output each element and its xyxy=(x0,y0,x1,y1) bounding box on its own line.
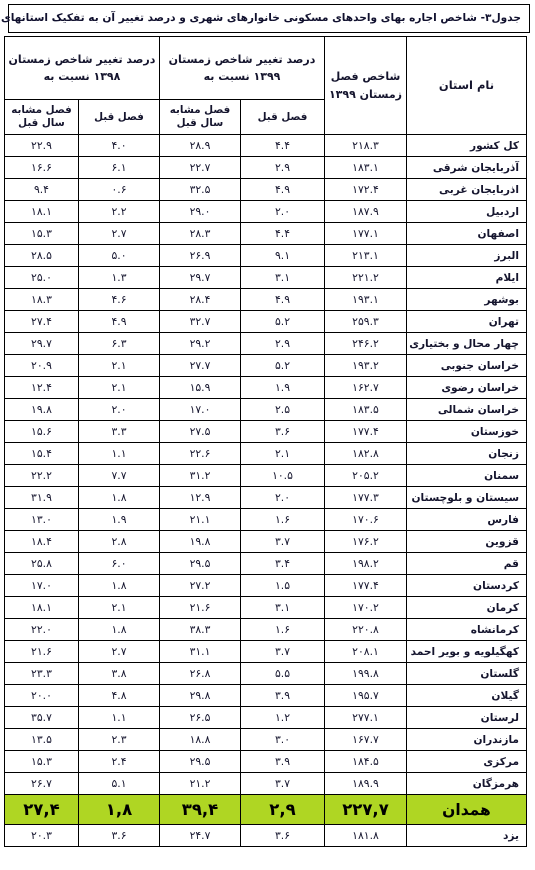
header-1399-prev-quarter: فصل قبل xyxy=(241,100,325,135)
index-winter-1399-cell: ۱۷۷.۴ xyxy=(325,421,407,443)
change-1399-prev-quarter-cell: ۱.۵ xyxy=(241,575,325,597)
province-name-cell: لرستان xyxy=(407,707,527,729)
change-1399-prev-quarter-cell: ۲.۵ xyxy=(241,399,325,421)
index-winter-1399-cell: ۱۷۲.۴ xyxy=(325,179,407,201)
change-1399-prev-quarter-cell: ۵.۲ xyxy=(241,355,325,377)
change-1398-same-quarter-prev-year-cell: ۱۳.۰ xyxy=(4,509,78,531)
table-row: تهران۲۵۹.۳۵.۲۳۲.۷۴.۹۲۷.۴ xyxy=(4,311,526,333)
change-1398-prev-quarter-cell: ۳.۳ xyxy=(78,421,159,443)
change-1399-prev-quarter-cell: ۵.۲ xyxy=(241,311,325,333)
change-1399-prev-quarter-cell: ۳.۷ xyxy=(241,773,325,795)
change-1398-same-quarter-prev-year-cell: ۲۱.۶ xyxy=(4,641,78,663)
change-1399-same-quarter-prev-year-cell: ۲۷.۲ xyxy=(159,575,240,597)
table-row: خوزستان۱۷۷.۴۳.۶۲۷.۵۳.۳۱۵.۶ xyxy=(4,421,526,443)
change-1399-prev-quarter-cell: ۲.۰ xyxy=(241,487,325,509)
change-1399-prev-quarter-cell: ۳.۹ xyxy=(241,685,325,707)
change-1399-prev-quarter-cell: ۲.۱ xyxy=(241,443,325,465)
index-winter-1399-cell: ۱۸۳.۱ xyxy=(325,157,407,179)
change-1399-same-quarter-prev-year-cell: ۲۸.۹ xyxy=(159,135,240,157)
index-winter-1399-cell: ۱۷۷.۴ xyxy=(325,575,407,597)
index-winter-1399-cell: ۱۹۸.۲ xyxy=(325,553,407,575)
change-1399-same-quarter-prev-year-cell: ۳۹,۴ xyxy=(159,795,240,825)
table-row: اردبیل۱۸۷.۹۲.۰۲۹.۰۲.۲۱۸.۱ xyxy=(4,201,526,223)
change-1398-prev-quarter-cell: ۵.۰ xyxy=(78,245,159,267)
change-1398-same-quarter-prev-year-cell: ۱۳.۵ xyxy=(4,729,78,751)
province-name-cell: خوزستان xyxy=(407,421,527,443)
province-name-cell: یزد xyxy=(407,825,527,847)
table-row: کهگیلویه و بویر احمد۲۰۸.۱۳.۷۳۱.۱۲.۷۲۱.۶ xyxy=(4,641,526,663)
change-1398-prev-quarter-cell: ۳.۸ xyxy=(78,663,159,685)
index-winter-1399-cell: ۲۱۸.۳ xyxy=(325,135,407,157)
change-1399-same-quarter-prev-year-cell: ۲۹.۰ xyxy=(159,201,240,223)
change-1399-prev-quarter-cell: ۲.۹ xyxy=(241,333,325,355)
change-1398-prev-quarter-cell: ۰.۶ xyxy=(78,179,159,201)
change-1398-prev-quarter-cell: ۱.۸ xyxy=(78,619,159,641)
change-1398-same-quarter-prev-year-cell: ۲۶.۷ xyxy=(4,773,78,795)
change-1398-prev-quarter-cell: ۲.۱ xyxy=(78,597,159,619)
table-row: سیستان و بلوچستان۱۷۷.۳۲.۰۱۲.۹۱.۸۳۱.۹ xyxy=(4,487,526,509)
index-winter-1399-cell: ۱۹۳.۲ xyxy=(325,355,407,377)
rent-index-table: نام استان شاخص فصل زمستان ۱۳۹۹ درصد تغیی… xyxy=(4,36,527,847)
change-1399-prev-quarter-cell: ۳.۰ xyxy=(241,729,325,751)
change-1399-prev-quarter-cell: ۴.۴ xyxy=(241,135,325,157)
change-1399-same-quarter-prev-year-cell: ۳۲.۷ xyxy=(159,311,240,333)
change-1399-same-quarter-prev-year-cell: ۲۷.۵ xyxy=(159,421,240,443)
change-1399-prev-quarter-cell: ۴.۴ xyxy=(241,223,325,245)
table-row: مرکزی۱۸۴.۵۳.۹۲۹.۵۲.۴۱۵.۳ xyxy=(4,751,526,773)
change-1399-same-quarter-prev-year-cell: ۲۸.۴ xyxy=(159,289,240,311)
change-1398-prev-quarter-cell: ۱.۸ xyxy=(78,487,159,509)
change-1399-same-quarter-prev-year-cell: ۳۱.۱ xyxy=(159,641,240,663)
change-1398-same-quarter-prev-year-cell: ۳۱.۹ xyxy=(4,487,78,509)
change-1398-same-quarter-prev-year-cell: ۲۳.۳ xyxy=(4,663,78,685)
province-name-cell: کرمانشاه xyxy=(407,619,527,641)
change-1398-same-quarter-prev-year-cell: ۱۶.۶ xyxy=(4,157,78,179)
index-winter-1399-cell: ۱۷۷.۳ xyxy=(325,487,407,509)
table-row: البرز۲۱۳.۱۹.۱۲۶.۹۵.۰۲۸.۵ xyxy=(4,245,526,267)
header-group-change-1398: درصد تغییر شاخص زمستان ۱۳۹۸ نسبت به xyxy=(4,37,159,100)
change-1399-prev-quarter-cell: ۳.۶ xyxy=(241,421,325,443)
change-1398-prev-quarter-cell: ۲.۴ xyxy=(78,751,159,773)
table-row: کل کشور۲۱۸.۳۴.۴۲۸.۹۴.۰۲۲.۹ xyxy=(4,135,526,157)
table-row: مازندران۱۶۷.۷۳.۰۱۸.۸۲.۳۱۳.۵ xyxy=(4,729,526,751)
table-row: خراسان رضوی۱۶۲.۷۱.۹۱۵.۹۲.۱۱۲.۴ xyxy=(4,377,526,399)
change-1398-same-quarter-prev-year-cell: ۲۷,۴ xyxy=(4,795,78,825)
header-1398-same-quarter-prev-year: فصل مشابه سال قبل xyxy=(4,100,78,135)
province-name-cell: آذربایجان شرقی xyxy=(407,157,527,179)
change-1398-prev-quarter-cell: ۷.۷ xyxy=(78,465,159,487)
change-1398-same-quarter-prev-year-cell: ۲۸.۵ xyxy=(4,245,78,267)
change-1398-prev-quarter-cell: ۱.۱ xyxy=(78,707,159,729)
table-row: سمنان۲۰۵.۲۱۰.۵۳۱.۲۷.۷۲۲.۲ xyxy=(4,465,526,487)
change-1399-same-quarter-prev-year-cell: ۱۲.۹ xyxy=(159,487,240,509)
province-name-cell: مرکزی xyxy=(407,751,527,773)
change-1399-same-quarter-prev-year-cell: ۲۲.۷ xyxy=(159,157,240,179)
province-name-cell: اصفهان xyxy=(407,223,527,245)
change-1399-same-quarter-prev-year-cell: ۳۱.۲ xyxy=(159,465,240,487)
province-name-cell: خراسان جنوبی xyxy=(407,355,527,377)
change-1399-prev-quarter-cell: ۱.۶ xyxy=(241,509,325,531)
change-1399-same-quarter-prev-year-cell: ۲۱.۱ xyxy=(159,509,240,531)
index-winter-1399-cell: ۱۷۶.۲ xyxy=(325,531,407,553)
table-row-highlighted: همدان۲۲۷,۷۲,۹۳۹,۴۱,۸۲۷,۴ xyxy=(4,795,526,825)
table-row: خراسان شمالی۱۸۳.۵۲.۵۱۷.۰۲.۰۱۹.۸ xyxy=(4,399,526,421)
table-row: لرستان۲۷۷.۱۱.۲۲۶.۵۱.۱۳۵.۷ xyxy=(4,707,526,729)
change-1398-prev-quarter-cell: ۲.۱ xyxy=(78,377,159,399)
table-row: قزوین۱۷۶.۲۳.۷۱۹.۸۲.۸۱۸.۴ xyxy=(4,531,526,553)
change-1399-same-quarter-prev-year-cell: ۲۱.۲ xyxy=(159,773,240,795)
change-1398-prev-quarter-cell: ۴.۹ xyxy=(78,311,159,333)
change-1399-prev-quarter-cell: ۲.۹ xyxy=(241,157,325,179)
index-winter-1399-cell: ۲۰۸.۱ xyxy=(325,641,407,663)
index-winter-1399-cell: ۱۸۲.۸ xyxy=(325,443,407,465)
table-row: خراسان جنوبی۱۹۳.۲۵.۲۲۷.۷۲.۱۲۰.۹ xyxy=(4,355,526,377)
index-winter-1399-cell: ۲۴۶.۲ xyxy=(325,333,407,355)
change-1399-prev-quarter-cell: ۲.۰ xyxy=(241,201,325,223)
change-1398-same-quarter-prev-year-cell: ۲۷.۴ xyxy=(4,311,78,333)
change-1398-same-quarter-prev-year-cell: ۲۲.۰ xyxy=(4,619,78,641)
province-name-cell: تهران xyxy=(407,311,527,333)
document-page: جدول۳- شاخص اجاره بهای واحدهای مسکونی خا… xyxy=(0,0,535,870)
table-row: گیلان۱۹۵.۷۳.۹۲۹.۸۴.۸۲۰.۰ xyxy=(4,685,526,707)
change-1398-prev-quarter-cell: ۲.۰ xyxy=(78,399,159,421)
change-1398-same-quarter-prev-year-cell: ۱۵.۶ xyxy=(4,421,78,443)
header-group-change-1399: درصد تغییر شاخص زمستان ۱۳۹۹ نسبت به xyxy=(159,37,324,100)
table-title: جدول۳- شاخص اجاره بهای واحدهای مسکونی خا… xyxy=(8,4,530,33)
change-1399-same-quarter-prev-year-cell: ۲۴.۷ xyxy=(159,825,240,847)
index-winter-1399-cell: ۱۸۹.۹ xyxy=(325,773,407,795)
index-winter-1399-cell: ۱۸۱.۸ xyxy=(325,825,407,847)
province-name-cell: کل کشور xyxy=(407,135,527,157)
index-winter-1399-cell: ۲۷۷.۱ xyxy=(325,707,407,729)
table-row: زنجان۱۸۲.۸۲.۱۲۲.۶۱.۱۱۵.۴ xyxy=(4,443,526,465)
change-1399-prev-quarter-cell: ۳.۱ xyxy=(241,267,325,289)
table-row: چهار محال و بختیاری۲۴۶.۲۲.۹۲۹.۲۶.۳۲۹.۷ xyxy=(4,333,526,355)
change-1399-same-quarter-prev-year-cell: ۱۷.۰ xyxy=(159,399,240,421)
index-winter-1399-cell: ۱۶۲.۷ xyxy=(325,377,407,399)
province-name-cell: سمنان xyxy=(407,465,527,487)
change-1399-same-quarter-prev-year-cell: ۲۲.۶ xyxy=(159,443,240,465)
change-1399-same-quarter-prev-year-cell: ۲۶.۵ xyxy=(159,707,240,729)
change-1399-same-quarter-prev-year-cell: ۲۸.۳ xyxy=(159,223,240,245)
province-name-cell: زنجان xyxy=(407,443,527,465)
table-header: نام استان شاخص فصل زمستان ۱۳۹۹ درصد تغیی… xyxy=(4,37,526,135)
province-name-cell: مازندران xyxy=(407,729,527,751)
table-row: هرمزگان۱۸۹.۹۳.۷۲۱.۲۵.۱۲۶.۷ xyxy=(4,773,526,795)
change-1399-same-quarter-prev-year-cell: ۱۹.۸ xyxy=(159,531,240,553)
table-row: اذربایجان غربی۱۷۲.۴۴.۹۳۲.۵۰.۶۹.۴ xyxy=(4,179,526,201)
header-1398-prev-quarter: فصل قبل xyxy=(78,100,159,135)
province-name-cell: خراسان شمالی xyxy=(407,399,527,421)
change-1398-same-quarter-prev-year-cell: ۲۰.۳ xyxy=(4,825,78,847)
change-1398-prev-quarter-cell: ۲.۷ xyxy=(78,641,159,663)
change-1399-prev-quarter-cell: ۳.۹ xyxy=(241,751,325,773)
change-1399-prev-quarter-cell: ۳.۷ xyxy=(241,531,325,553)
table-row: فارس۱۷۰.۶۱.۶۲۱.۱۱.۹۱۳.۰ xyxy=(4,509,526,531)
change-1399-prev-quarter-cell: ۴.۹ xyxy=(241,289,325,311)
header-index-winter-1399: شاخص فصل زمستان ۱۳۹۹ xyxy=(325,37,407,135)
table-row: بوشهر۱۹۳.۱۴.۹۲۸.۴۴.۶۱۸.۳ xyxy=(4,289,526,311)
change-1399-prev-quarter-cell: ۱.۹ xyxy=(241,377,325,399)
change-1398-prev-quarter-cell: ۲.۸ xyxy=(78,531,159,553)
change-1398-same-quarter-prev-year-cell: ۲۰.۰ xyxy=(4,685,78,707)
province-name-cell: البرز xyxy=(407,245,527,267)
index-winter-1399-cell: ۱۸۴.۵ xyxy=(325,751,407,773)
index-winter-1399-cell: ۱۶۷.۷ xyxy=(325,729,407,751)
index-winter-1399-cell: ۱۷۰.۲ xyxy=(325,597,407,619)
change-1398-prev-quarter-cell: ۱.۸ xyxy=(78,575,159,597)
table-row: آذربایجان شرقی۱۸۳.۱۲.۹۲۲.۷۶.۱۱۶.۶ xyxy=(4,157,526,179)
change-1399-prev-quarter-cell: ۳.۷ xyxy=(241,641,325,663)
province-name-cell: هرمزگان xyxy=(407,773,527,795)
change-1399-same-quarter-prev-year-cell: ۳۸.۳ xyxy=(159,619,240,641)
province-name-cell: گلستان xyxy=(407,663,527,685)
change-1399-same-quarter-prev-year-cell: ۲۹.۸ xyxy=(159,685,240,707)
change-1398-same-quarter-prev-year-cell: ۱۸.۱ xyxy=(4,597,78,619)
change-1398-prev-quarter-cell: ۶.۱ xyxy=(78,157,159,179)
change-1399-prev-quarter-cell: ۳.۱ xyxy=(241,597,325,619)
index-winter-1399-cell: ۲۲۱.۲ xyxy=(325,267,407,289)
change-1398-prev-quarter-cell: ۳.۶ xyxy=(78,825,159,847)
table-row: گلستان۱۹۹.۸۵.۵۲۶.۸۳.۸۲۳.۳ xyxy=(4,663,526,685)
province-name-cell: فارس xyxy=(407,509,527,531)
change-1398-prev-quarter-cell: ۴.۸ xyxy=(78,685,159,707)
table-title-text: جدول۳- شاخص اجاره بهای واحدهای مسکونی خا… xyxy=(0,12,521,24)
province-name-cell: خراسان رضوی xyxy=(407,377,527,399)
change-1398-same-quarter-prev-year-cell: ۲۲.۹ xyxy=(4,135,78,157)
province-name-cell: کردستان xyxy=(407,575,527,597)
change-1398-prev-quarter-cell: ۲.۷ xyxy=(78,223,159,245)
province-name-cell: اذربایجان غربی xyxy=(407,179,527,201)
table-row: کرمانشاه۲۲۰.۸۱.۶۳۸.۳۱.۸۲۲.۰ xyxy=(4,619,526,641)
change-1398-prev-quarter-cell: ۶.۳ xyxy=(78,333,159,355)
index-winter-1399-cell: ۲۱۳.۱ xyxy=(325,245,407,267)
change-1398-prev-quarter-cell: ۱.۳ xyxy=(78,267,159,289)
table-row: ایلام۲۲۱.۲۳.۱۲۹.۷۱.۳۲۵.۰ xyxy=(4,267,526,289)
change-1399-prev-quarter-cell: ۱.۲ xyxy=(241,707,325,729)
table-row: قم۱۹۸.۲۳.۴۲۹.۵۶.۰۲۵.۸ xyxy=(4,553,526,575)
change-1399-same-quarter-prev-year-cell: ۲۹.۵ xyxy=(159,553,240,575)
change-1399-same-quarter-prev-year-cell: ۲۹.۵ xyxy=(159,751,240,773)
change-1399-prev-quarter-cell: ۳.۶ xyxy=(241,825,325,847)
change-1398-same-quarter-prev-year-cell: ۱۵.۳ xyxy=(4,751,78,773)
index-winter-1399-cell: ۲۲۷,۷ xyxy=(325,795,407,825)
change-1399-prev-quarter-cell: ۴.۹ xyxy=(241,179,325,201)
change-1398-same-quarter-prev-year-cell: ۱۵.۴ xyxy=(4,443,78,465)
index-winter-1399-cell: ۱۹۵.۷ xyxy=(325,685,407,707)
change-1398-same-quarter-prev-year-cell: ۲۵.۰ xyxy=(4,267,78,289)
province-name-cell: همدان xyxy=(407,795,527,825)
change-1399-prev-quarter-cell: ۳.۴ xyxy=(241,553,325,575)
index-winter-1399-cell: ۱۷۰.۶ xyxy=(325,509,407,531)
table-row: یزد۱۸۱.۸۳.۶۲۴.۷۳.۶۲۰.۳ xyxy=(4,825,526,847)
change-1399-same-quarter-prev-year-cell: ۱۵.۹ xyxy=(159,377,240,399)
change-1399-same-quarter-prev-year-cell: ۲۶.۹ xyxy=(159,245,240,267)
change-1398-same-quarter-prev-year-cell: ۳۵.۷ xyxy=(4,707,78,729)
change-1399-same-quarter-prev-year-cell: ۲۷.۷ xyxy=(159,355,240,377)
change-1399-same-quarter-prev-year-cell: ۲۱.۶ xyxy=(159,597,240,619)
change-1398-same-quarter-prev-year-cell: ۲۹.۷ xyxy=(4,333,78,355)
province-name-cell: گیلان xyxy=(407,685,527,707)
province-name-cell: اردبیل xyxy=(407,201,527,223)
index-winter-1399-cell: ۱۸۳.۵ xyxy=(325,399,407,421)
change-1399-prev-quarter-cell: ۵.۵ xyxy=(241,663,325,685)
change-1398-prev-quarter-cell: ۴.۰ xyxy=(78,135,159,157)
table-row: کردستان۱۷۷.۴۱.۵۲۷.۲۱.۸۱۷.۰ xyxy=(4,575,526,597)
change-1399-same-quarter-prev-year-cell: ۲۶.۸ xyxy=(159,663,240,685)
change-1398-same-quarter-prev-year-cell: ۱۸.۱ xyxy=(4,201,78,223)
change-1398-same-quarter-prev-year-cell: ۹.۴ xyxy=(4,179,78,201)
change-1398-same-quarter-prev-year-cell: ۱۸.۳ xyxy=(4,289,78,311)
change-1398-prev-quarter-cell: ۱,۸ xyxy=(78,795,159,825)
header-1399-same-quarter-prev-year: فصل مشابه سال قبل xyxy=(159,100,240,135)
index-winter-1399-cell: ۲۵۹.۳ xyxy=(325,311,407,333)
change-1398-prev-quarter-cell: ۲.۱ xyxy=(78,355,159,377)
change-1398-same-quarter-prev-year-cell: ۱۸.۴ xyxy=(4,531,78,553)
change-1399-same-quarter-prev-year-cell: ۲۹.۷ xyxy=(159,267,240,289)
province-name-cell: قزوین xyxy=(407,531,527,553)
change-1398-same-quarter-prev-year-cell: ۱۵.۳ xyxy=(4,223,78,245)
change-1398-prev-quarter-cell: ۴.۶ xyxy=(78,289,159,311)
table-row: اصفهان۱۷۷.۱۴.۴۲۸.۳۲.۷۱۵.۳ xyxy=(4,223,526,245)
province-name-cell: ایلام xyxy=(407,267,527,289)
change-1398-prev-quarter-cell: ۱.۹ xyxy=(78,509,159,531)
province-name-cell: کرمان xyxy=(407,597,527,619)
province-name-cell: سیستان و بلوچستان xyxy=(407,487,527,509)
index-winter-1399-cell: ۲۲۰.۸ xyxy=(325,619,407,641)
change-1398-same-quarter-prev-year-cell: ۱۲.۴ xyxy=(4,377,78,399)
change-1398-prev-quarter-cell: ۱.۱ xyxy=(78,443,159,465)
change-1398-same-quarter-prev-year-cell: ۱۹.۸ xyxy=(4,399,78,421)
change-1398-prev-quarter-cell: ۶.۰ xyxy=(78,553,159,575)
change-1398-prev-quarter-cell: ۵.۱ xyxy=(78,773,159,795)
province-name-cell: چهار محال و بختیاری xyxy=(407,333,527,355)
table-body: کل کشور۲۱۸.۳۴.۴۲۸.۹۴.۰۲۲.۹آذربایجان شرقی… xyxy=(4,135,526,847)
change-1399-same-quarter-prev-year-cell: ۱۸.۸ xyxy=(159,729,240,751)
province-name-cell: بوشهر xyxy=(407,289,527,311)
province-name-cell: کهگیلویه و بویر احمد xyxy=(407,641,527,663)
index-winter-1399-cell: ۱۹۹.۸ xyxy=(325,663,407,685)
change-1399-prev-quarter-cell: ۹.۱ xyxy=(241,245,325,267)
change-1399-same-quarter-prev-year-cell: ۳۲.۵ xyxy=(159,179,240,201)
change-1399-prev-quarter-cell: ۲,۹ xyxy=(241,795,325,825)
change-1399-prev-quarter-cell: ۱۰.۵ xyxy=(241,465,325,487)
change-1399-same-quarter-prev-year-cell: ۲۹.۲ xyxy=(159,333,240,355)
change-1399-prev-quarter-cell: ۱.۶ xyxy=(241,619,325,641)
header-province: نام استان xyxy=(407,37,527,135)
change-1398-same-quarter-prev-year-cell: ۱۷.۰ xyxy=(4,575,78,597)
index-winter-1399-cell: ۲۰۵.۲ xyxy=(325,465,407,487)
province-name-cell: قم xyxy=(407,553,527,575)
index-winter-1399-cell: ۱۸۷.۹ xyxy=(325,201,407,223)
table-row: کرمان۱۷۰.۲۳.۱۲۱.۶۲.۱۱۸.۱ xyxy=(4,597,526,619)
change-1398-same-quarter-prev-year-cell: ۲۰.۹ xyxy=(4,355,78,377)
change-1398-prev-quarter-cell: ۲.۳ xyxy=(78,729,159,751)
change-1398-same-quarter-prev-year-cell: ۲۲.۲ xyxy=(4,465,78,487)
change-1398-prev-quarter-cell: ۲.۲ xyxy=(78,201,159,223)
index-winter-1399-cell: ۱۹۳.۱ xyxy=(325,289,407,311)
index-winter-1399-cell: ۱۷۷.۱ xyxy=(325,223,407,245)
change-1398-same-quarter-prev-year-cell: ۲۵.۸ xyxy=(4,553,78,575)
